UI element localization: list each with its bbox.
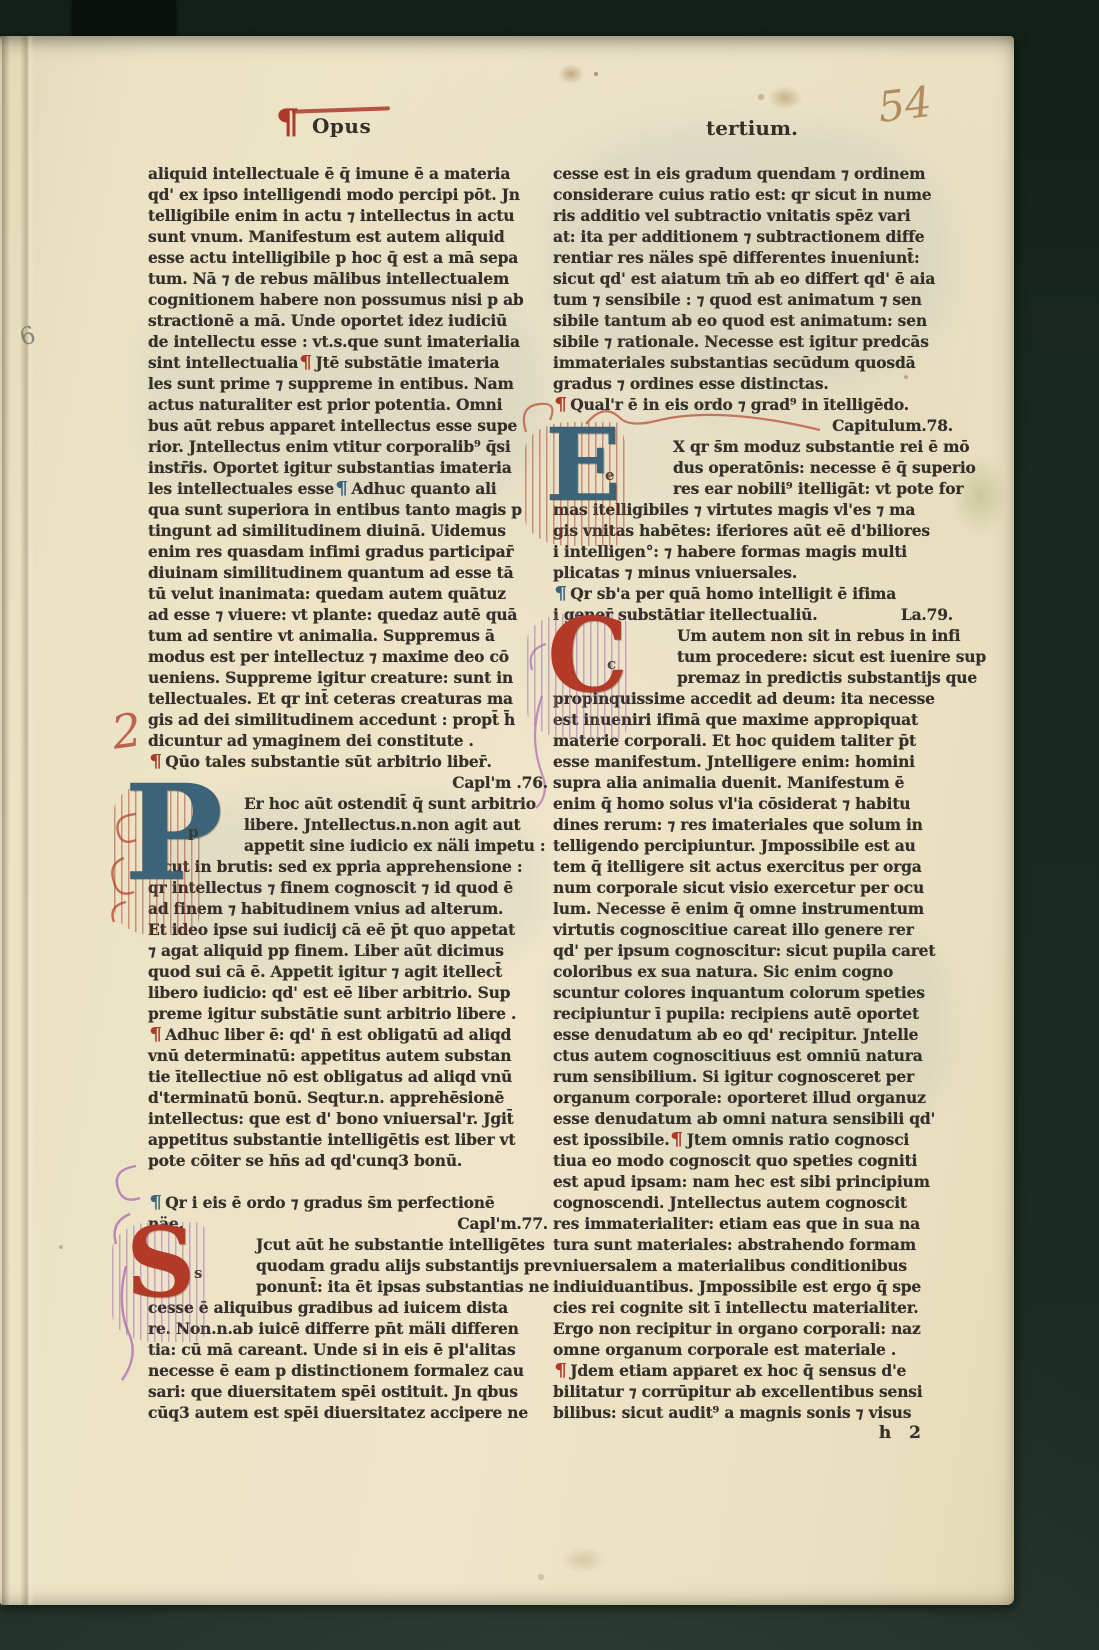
text-line: telligendo percipiuntur. Jmpossibile est… xyxy=(553,835,955,856)
line-text: est apud ipsam: nam hec est sibi princip… xyxy=(553,1172,930,1191)
text-line: est ipossibile.¶Jtem omnis ratio cognosc… xyxy=(553,1129,955,1150)
line-text: actus naturaliter est prior potentia. Om… xyxy=(148,395,502,414)
line-text: diuinam similitudinem quantum ad esse tā xyxy=(148,563,513,582)
line-text: organum corporale: oporteret illud organ… xyxy=(553,1088,926,1107)
line-text: Et ideo ipse sui iudicij cā eē p̄t quo a… xyxy=(148,920,515,939)
text-line: at: ita per additionem ⁊ subtractionem d… xyxy=(553,226,955,247)
text-line: sari: que diuersitatem spēi ostituit. Jn… xyxy=(148,1381,550,1402)
text-line: bilibus: sicut audit⁹ a magnis sonis ⁊ v… xyxy=(553,1402,955,1423)
text-line: cūq3 autem est spēi diuersitatez acciper… xyxy=(148,1402,550,1423)
line-text: sari: que diuersitatem spēi ostituit. Jn… xyxy=(148,1382,518,1401)
pilcrow-mark: ¶ xyxy=(299,352,312,373)
text-line: esse manifestum. Jntelligere enim: homin… xyxy=(553,751,955,772)
line-text: dicuntur ad ymaginem dei constitute . xyxy=(148,731,474,750)
line-text: ctus autem cognoscitiuus est omniū natur… xyxy=(553,1046,923,1065)
text-line: cognitionem habere non possumus nisi p a… xyxy=(148,289,550,310)
line-text: rior. Jntellectus enim vtitur corporalib… xyxy=(148,437,511,456)
text-line: gradus ⁊ ordines esse distinctas. xyxy=(553,373,955,394)
line-text: Jtem omnis ratio cognosci xyxy=(687,1130,909,1149)
text-line: scuntur colores inquantum colorum spetie… xyxy=(553,982,955,1003)
text-line: ueniens. Suppreme igitur creature: sunt … xyxy=(148,667,550,688)
pilcrow-mark: ¶ xyxy=(335,478,348,499)
text-line: les sunt prime ⁊ suppreme in entibus. Na… xyxy=(148,373,550,394)
line-text: Qr i eis ē ordo ⁊ gradus s̄m perfectionē xyxy=(165,1193,494,1212)
line-text: telligibile enim in actu ⁊ intellectus i… xyxy=(148,206,514,225)
pilcrow-mark: ¶ xyxy=(554,1360,567,1381)
pilcrow-mark: ¶ xyxy=(671,1129,684,1150)
text-line: aliquid intellectuale ē q̄ imune ē a mat… xyxy=(148,163,550,184)
text-line: telligibile enim in actu ⁊ intellectus i… xyxy=(148,205,550,226)
line-text: vnū determinatū: appetitus autem substan xyxy=(148,1046,511,1065)
text-line: instr̄is. Oportet igitur substantias ima… xyxy=(148,457,550,478)
text-line: num corporale sicut visio exercetur per … xyxy=(553,877,955,898)
line-text: sint intellectualia xyxy=(148,353,298,372)
text-line: vniuersalem a materialibus conditionibus xyxy=(553,1255,955,1276)
line-text: qd' per ipsum cognoscitur: sicut pupila … xyxy=(553,941,935,960)
line-text: esse manifestum. Jntelligere enim: homin… xyxy=(553,752,915,771)
line-text: recipiuntur ī pupila: recipiens autē opo… xyxy=(553,1004,919,1023)
text-line: organum corporale: oporteret illud organ… xyxy=(553,1087,955,1108)
line-text: Jtē substātie imateria xyxy=(315,353,499,372)
text-line: tum ⁊ sensibile : ⁊ quod est animatum ⁊ … xyxy=(553,289,955,310)
book-page: ¶ Opus tertium. 54 6 2 aliquid intellect… xyxy=(0,36,1014,1605)
line-text: Er hoc aūt ostendit̄ q̄ sunt arbitrio xyxy=(244,794,536,813)
text-line: esse actu intelligibile p hoc q̄ est a m… xyxy=(148,247,550,268)
guide-letter: c xyxy=(607,655,616,673)
line-text: at: ita per additionem ⁊ subtractionem d… xyxy=(553,227,924,246)
text-line: sibile ⁊ rationale. Necesse est igitur p… xyxy=(553,331,955,352)
line-text: vniuersalem a materialibus conditionibus xyxy=(553,1256,907,1275)
line-text: tura sunt materiales: abstrahendo formam xyxy=(553,1235,916,1254)
line-text: rentiar res näles spē differentes inueni… xyxy=(553,248,920,267)
text-line: d'terminatū bonū. Seqtur.n. apprehēsionē xyxy=(148,1087,550,1108)
text-line: rior. Jntellectus enim vtitur corporalib… xyxy=(148,436,550,457)
line-text: cognitionem habere non possumus nisi p a… xyxy=(148,290,524,309)
line-text: tū velut inanimata: quedam autem quātuz xyxy=(148,584,506,603)
header-rubric-stroke xyxy=(292,106,390,113)
text-line: est apud ipsam: nam hec est sibi princip… xyxy=(553,1171,955,1192)
text-line: virtutis cognoscitiue careat illo genere… xyxy=(553,919,955,940)
text-line: tum ad sentire vt animalia. Suppremus ā xyxy=(148,625,550,646)
line-text: libere. Jntellectus.n.non agit aut xyxy=(244,815,520,834)
text-line: tiua eo modo cognoscit quo speties cogni… xyxy=(553,1150,955,1171)
line-text: lum. Necesse ē enim q̄ omne instrumentum xyxy=(553,899,924,918)
text-line: h 2 xyxy=(553,1423,955,1444)
text-line: ¶Adhuc liber ē: qd' n̄ est obligatū ad a… xyxy=(148,1024,550,1045)
line-text: immateriales substantias secūdum quosdā xyxy=(553,353,915,372)
pilcrow-mark: ¶ xyxy=(149,1024,162,1045)
line-right-text: Capitulum.78. xyxy=(832,415,953,436)
stain xyxy=(558,64,584,84)
text-line: re. Non.n.ab iuicē differre pn̄t mäli di… xyxy=(148,1318,550,1339)
line-text: instr̄is. Oportet igitur substantias ima… xyxy=(148,458,512,477)
line-text: est ipossibile. xyxy=(553,1130,669,1149)
text-line: enim q̄ homo solus vl'ia cōsiderat ⁊ hab… xyxy=(553,793,955,814)
header-pilcrow-icon: ¶ xyxy=(276,102,300,142)
line-text: les intellectuales esse xyxy=(148,479,334,498)
text-line: cesse ē aliquibus gradibus ad iuicem dis… xyxy=(148,1297,550,1318)
line-text: supra alia animalia duenit. Manifestum ē xyxy=(553,773,904,792)
illuminated-initial-S: Ss xyxy=(148,1234,248,1297)
line-text: sibile tantum ab eo quod est animatum: s… xyxy=(553,311,927,330)
text-line: esse denudatum ab eo qd' recipitur. Jnte… xyxy=(553,1024,955,1045)
text-line: recipiuntur ī pupila: recipiens autē opo… xyxy=(553,1003,955,1024)
text-line: sicut qd' est aiatum tm̄ ab eo differt q… xyxy=(553,268,955,289)
text-line: stractionē a mā. Unde oportet idez iudic… xyxy=(148,310,550,331)
text-line: sunt vnum. Manifestum est autem aliquid xyxy=(148,226,550,247)
gutter-crease xyxy=(20,36,34,1605)
text-line: Ergo non recipitur in organo corporali: … xyxy=(553,1318,955,1339)
line-text: res ear nobili⁹ itelligāt: vt pote for xyxy=(673,479,963,498)
text-column-left: aliquid intellectuale ē q̄ imune ē a mat… xyxy=(148,163,550,1423)
line-text: plicatas ⁊ minus vniuersales. xyxy=(553,563,797,582)
line-text: Ergo non recipitur in organo corporali: … xyxy=(553,1319,921,1338)
text-line: Et ideo ipse sui iudicij cā eē p̄t quo a… xyxy=(148,919,550,940)
initial-letter: P xyxy=(124,783,223,886)
text-line: rentiar res näles spē differentes inueni… xyxy=(553,247,955,268)
line-text: Jcut aūt he substantie intelligētes xyxy=(256,1235,545,1254)
line-text: Adhuc liber ē: qd' n̄ est obligatū ad al… xyxy=(165,1025,511,1044)
text-line: actus naturaliter est prior potentia. Om… xyxy=(148,394,550,415)
text-line: ris additio vel subtractio vnitatis spēz… xyxy=(553,205,955,226)
text-line: bilitatur ⁊ corrūpitur ab excellentibus … xyxy=(553,1381,955,1402)
line-text: pote cōiter se hn̄s ad qd'cunq3 bonū. xyxy=(148,1151,462,1170)
line-text: scuntur colores inquantum colorum spetie… xyxy=(553,983,925,1002)
text-line: bus aūt rebus apparet intellectus esse s… xyxy=(148,415,550,436)
illuminated-initial-E: Ee xyxy=(553,436,665,499)
text-line: appetitus substantie intelligētis est li… xyxy=(148,1129,550,1150)
text-line: qd' per ipsum cognoscitur: sicut pupila … xyxy=(553,940,955,961)
illuminated-initial-P: Pp xyxy=(148,793,236,856)
line-text: qd' ex ipso intelligendi modo percipi pō… xyxy=(148,185,520,204)
text-line: rum sensibilium. Si igitur cognosceret p… xyxy=(553,1066,955,1087)
text-line: pote cōiter se hn̄s ad qd'cunq3 bonū. xyxy=(148,1150,550,1171)
line-text: ponunt̄: ita ēt ipsas substantias ne xyxy=(256,1277,549,1296)
line-text: enim res quasdam infimi gradus participa… xyxy=(148,542,513,561)
line-text: res immaterialiter: etiam eas que in sua… xyxy=(553,1214,920,1233)
text-line: les intellectuales esse¶Adhuc quanto ali xyxy=(148,478,550,499)
text-line: necesse ē eam p distinctionem formalez c… xyxy=(148,1360,550,1381)
text-line: supra alia animalia duenit. Manifestum ē xyxy=(553,772,955,793)
line-right-text: Capl'm .76. xyxy=(452,772,548,793)
line-text: X qr s̄m moduz substantie rei ē mō xyxy=(673,437,969,456)
line-text: cūq3 autem est spēi diuersitatez acciper… xyxy=(148,1403,528,1422)
line-right-text: Capl'm.77. xyxy=(457,1213,548,1234)
line-text: tem q̄ itelligere sit actus exercitus pe… xyxy=(553,857,922,876)
text-line: dicuntur ad ymaginem dei constitute . xyxy=(148,730,550,751)
text-line: cesse est in eis gradum quendam ⁊ ordine… xyxy=(553,163,955,184)
line-text: cies rei cognite sit ī intellectu materi… xyxy=(553,1298,918,1317)
guide-letter: e xyxy=(605,466,614,484)
line-text: sunt vnum. Manifestum est autem aliquid xyxy=(148,227,505,246)
line-text: virtutis cognoscitiue careat illo genere… xyxy=(553,920,914,939)
line-text: modus est per intellectuz ⁊ maxime deo c… xyxy=(148,647,509,666)
line-text: bilitatur ⁊ corrūpitur ab excellentibus … xyxy=(553,1382,922,1401)
guide-letter: s xyxy=(194,1264,202,1282)
text-column-right: cesse est in eis gradum quendam ⁊ ordine… xyxy=(553,163,955,1444)
text-line: ¶Jdem etiam apparet ex hoc q̄ sensus d'e xyxy=(553,1360,955,1381)
foxing-specks xyxy=(0,36,2,38)
margin-pen-flourish: 2 xyxy=(108,702,145,760)
text-line: considerare cuius ratio est: qr sicut in… xyxy=(553,184,955,205)
line-text: rum sensibilium. Si igitur cognosceret p… xyxy=(553,1067,914,1086)
stain xyxy=(768,86,802,110)
text-line: enim res quasdam infimi gradus participa… xyxy=(148,541,550,562)
handwritten-folio-number: 54 xyxy=(875,77,934,132)
stain xyxy=(560,1546,606,1574)
line-text: dus operatōnis: necesse ē q̄ superio xyxy=(673,458,976,477)
line-text: tingunt ad similitudinem diuinā. Uidemus xyxy=(148,521,506,540)
text-line xyxy=(148,1171,550,1192)
text-line: res immaterialiter: etiam eas que in sua… xyxy=(553,1213,955,1234)
line-text: coloribus ex sua natura. Sic enim cogno xyxy=(553,962,893,981)
line-text: bus aūt rebus apparet intellectus esse s… xyxy=(148,416,517,435)
illuminated-initial-C: Cc xyxy=(553,625,669,688)
line-text: ⁊ agat aliquid pp finem. Liber aūt dicim… xyxy=(148,941,504,960)
line-text: necesse ē eam p distinctionem formalez c… xyxy=(148,1361,524,1380)
line-text: appetit sine iudicio ex näli impetu : xyxy=(244,836,545,855)
line-text: ueniens. Suppreme igitur creature: sunt … xyxy=(148,668,513,687)
line-text: preme igitur substātie sunt arbitrio lib… xyxy=(148,1004,516,1023)
text-line: tū velut inanimata: quedam autem quātuz xyxy=(148,583,550,604)
line-text: dines rerum: ⁊ res imateriales que solum… xyxy=(553,815,923,834)
text-line: sibile tantum ab eo quod est animatum: s… xyxy=(553,310,955,331)
text-line: omne organum corporale est materiale . xyxy=(553,1339,955,1360)
line-text: Um autem non sit in rebus in infi xyxy=(677,626,960,645)
text-line: tia: cū mā careant. Unde si in eis ē pl'… xyxy=(148,1339,550,1360)
line-text: quodam gradu alijs substantijs pre xyxy=(256,1256,552,1275)
line-text: d'terminatū bonū. Seqtur.n. apprehēsionē xyxy=(148,1088,504,1107)
text-line: indiuiduantibus. Jmpossibile est ergo q̄… xyxy=(553,1276,955,1297)
line-text: de intellectu esse : vt.s.que sunt imate… xyxy=(148,332,520,351)
text-line: tingunt ad similitudinem diuinā. Uidemus xyxy=(148,520,550,541)
text-line: modus est per intellectuz ⁊ maxime deo c… xyxy=(148,646,550,667)
text-line: cognoscendi. Jntellectus autem cognoscit xyxy=(553,1192,955,1213)
line-text: tie ītellectiue nō est obligatus ad aliq… xyxy=(148,1067,512,1086)
text-line: ad esse ⁊ viuere: vt plante: quedaz autē… xyxy=(148,604,550,625)
guide-letter: p xyxy=(188,823,198,841)
line-text: sicut qd' est aiatum tm̄ ab eo differt q… xyxy=(553,269,935,288)
line-text: indiuiduantibus. Jmpossibile est ergo q̄… xyxy=(553,1277,921,1296)
text-line: qd' ex ipso intelligendi modo percipi pō… xyxy=(148,184,550,205)
line-text: tia: cū mā careant. Unde si in eis ē pl'… xyxy=(148,1340,516,1359)
line-text: ris additio vel subtractio vnitatis spēz… xyxy=(553,206,910,225)
line-text: tum ⁊ sensibile : ⁊ quod est animatum ⁊ … xyxy=(553,290,922,309)
text-line: dines rerum: ⁊ res imateriales que solum… xyxy=(553,814,955,835)
running-title-left: Opus xyxy=(312,114,371,138)
text-line: coloribus ex sua natura. Sic enim cogno xyxy=(553,961,955,982)
text-line: intellectus: que est d' bono vniuersal'r… xyxy=(148,1108,550,1129)
gutter-crease xyxy=(2,36,10,1605)
line-text: telligendo percipiuntur. Jmpossibile est… xyxy=(553,836,916,855)
text-line: preme igitur substātie sunt arbitrio lib… xyxy=(148,1003,550,1024)
photo-background: { "palette": { "paper": "#ece3c6", "ink"… xyxy=(0,0,1099,1650)
line-text: Jdem etiam apparet ex hoc q̄ sensus d'e xyxy=(570,1361,906,1380)
running-title-right: tertium. xyxy=(706,116,798,140)
line-text: Qual'r ē in eis ordo ⁊ grad⁹ in ītelligē… xyxy=(570,395,909,414)
line-text: tiua eo modo cognoscit quo speties cogni… xyxy=(553,1151,917,1170)
line-text: esse denudatum ab eo qd' recipitur. Jnte… xyxy=(553,1025,918,1044)
text-line: ctus autem cognoscitiuus est omniū natur… xyxy=(553,1045,955,1066)
text-line: plicatas ⁊ minus vniuersales. xyxy=(553,562,955,583)
line-text: considerare cuius ratio est: qr sicut in… xyxy=(553,185,931,204)
line-text: stractionē a mā. Unde oportet idez iudic… xyxy=(148,311,507,330)
line-text: appetitus substantie intelligētis est li… xyxy=(148,1130,515,1149)
text-line: tellectuales. Et qr int̄ ceteras creatur… xyxy=(148,688,550,709)
line-text: tum procedere: sicut est iuenire sup xyxy=(677,647,986,666)
line-text: ad esse ⁊ viuere: vt plante: quedaz autē… xyxy=(148,605,517,624)
line-text: cesse est in eis gradum quendam ⁊ ordine… xyxy=(553,164,925,183)
text-line: Capl'm.77.näe. xyxy=(148,1213,550,1234)
text-line: ⁊ agat aliquid pp finem. Liber aūt dicim… xyxy=(148,940,550,961)
text-line: gis ad dei similitudinem accedunt : prop… xyxy=(148,709,550,730)
text-line: quod sui cā ē. Appetit igitur ⁊ agit ite… xyxy=(148,961,550,982)
text-line: tem q̄ itelligere sit actus exercitus pe… xyxy=(553,856,955,877)
line-text: bilibus: sicut audit⁹ a magnis sonis ⁊ v… xyxy=(553,1403,911,1422)
text-line: cies rei cognite sit ī intellectu materi… xyxy=(553,1297,955,1318)
text-line: ¶Qr i eis ē ordo ⁊ gradus s̄m perfection… xyxy=(148,1192,550,1213)
text-line: libero iudicio: qd' est eē liber arbitri… xyxy=(148,982,550,1003)
line-text: premaz in predictis substantijs que xyxy=(677,668,977,687)
line-text: les sunt prime ⁊ suppreme in entibus. Na… xyxy=(148,374,514,393)
line-text: enim q̄ homo solus vl'ia cōsiderat ⁊ hab… xyxy=(553,794,910,813)
line-text: intellectus: que est d' bono vniuersal'r… xyxy=(148,1109,514,1128)
text-line: tum. Nā ⁊ de rebus mālibus intellectuale… xyxy=(148,268,550,289)
line-text: tum. Nā ⁊ de rebus mālibus intellectuale… xyxy=(148,269,509,288)
line-text: sibile ⁊ rationale. Necesse est igitur p… xyxy=(553,332,929,351)
line-right-text: h 2 xyxy=(879,1423,927,1444)
line-text: tellectuales. Et qr int̄ ceteras creatur… xyxy=(148,689,513,708)
line-text: omne organum corporale est materiale . xyxy=(553,1340,896,1359)
line-text: num corporale sicut visio exercetur per … xyxy=(553,878,924,897)
text-line: qua sunt superiora in entibus tanto magi… xyxy=(148,499,550,520)
line-text: aliquid intellectuale ē q̄ imune ē a mat… xyxy=(148,164,510,183)
line-text: libero iudicio: qd' est eē liber arbitri… xyxy=(148,983,510,1002)
line-text: esse denudatum ab omni natura sensibili … xyxy=(553,1109,935,1128)
line-text: quod sui cā ē. Appetit igitur ⁊ agit ite… xyxy=(148,962,502,981)
text-line: vnū determinatū: appetitus autem substan xyxy=(148,1045,550,1066)
line-text: qua sunt superiora in entibus tanto magi… xyxy=(148,500,522,519)
text-line: diuinam similitudinem quantum ad esse tā xyxy=(148,562,550,583)
line-text: gradus ⁊ ordines esse distinctas. xyxy=(553,374,829,393)
text-line: immateriales substantias secūdum quosdā xyxy=(553,352,955,373)
text-line: esse denudatum ab omni natura sensibili … xyxy=(553,1108,955,1129)
line-text: esse actu intelligibile p hoc q̄ est a m… xyxy=(148,248,518,267)
line-text: tum ad sentire vt animalia. Suppremus ā xyxy=(148,626,495,645)
line-text: gis ad dei similitudinem accedunt : prop… xyxy=(148,710,515,729)
initial-letter: S xyxy=(126,1226,195,1301)
text-line: tura sunt materiales: abstrahendo formam xyxy=(553,1234,955,1255)
text-line: lum. Necesse ē enim q̄ omne instrumentum xyxy=(553,898,955,919)
text-line: sint intellectualia¶Jtē substātie imater… xyxy=(148,352,550,373)
line-text: Adhuc quanto ali xyxy=(351,479,496,498)
text-line: de intellectu esse : vt.s.que sunt imate… xyxy=(148,331,550,352)
line-right-text: La.79. xyxy=(901,604,953,625)
text-line: tie ītellectiue nō est obligatus ad aliq… xyxy=(148,1066,550,1087)
line-text: cognoscendi. Jntellectus autem cognoscit xyxy=(553,1193,907,1212)
